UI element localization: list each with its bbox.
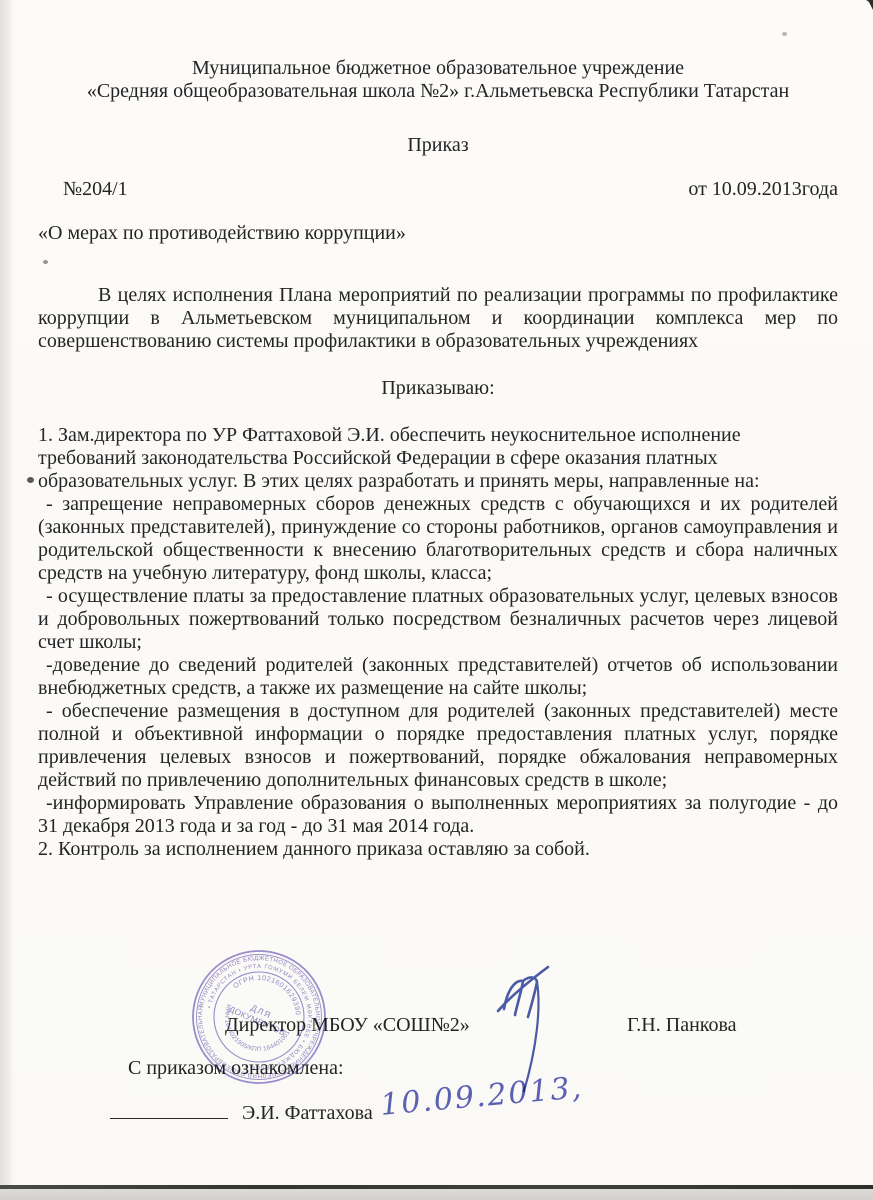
order-body: 1. Зам.директора по УР Фаттаховой Э.И. о…: [38, 424, 838, 861]
director-name: Г.Н. Панкова: [627, 1014, 737, 1037]
intro-paragraph: В целях исполнения Плана мероприятий по …: [38, 284, 838, 353]
body-paragraph: -доведение до сведений родителей (законн…: [38, 654, 838, 700]
scan-corner-mark: [864, 0, 873, 10]
body-paragraph: 1. Зам.директора по УР Фаттаховой Э.И. о…: [38, 424, 838, 493]
scan-speck: [782, 32, 787, 36]
institution-name-line1: Муниципальное бюджетное образовательное …: [38, 57, 838, 80]
acknowledged-name: Э.И. Фаттахова: [242, 1102, 373, 1124]
scanned-order-page: Муниципальное бюджетное образовательное …: [0, 0, 873, 1200]
scan-speck: [27, 477, 34, 483]
director-signature: [482, 955, 574, 1101]
order-text-content: Муниципальное бюджетное образовательное …: [38, 57, 838, 861]
body-paragraph: - обеспечение размещения в доступном для…: [38, 700, 838, 792]
body-paragraph: - осуществление платы за предоставление …: [38, 585, 838, 654]
signature-blank-line: [110, 1100, 228, 1119]
order-subject: «О мерах по противодействию коррупции»: [38, 222, 838, 245]
scan-speck: [43, 260, 48, 264]
order-number-row: №204/1 от 10.09.2013года: [38, 178, 838, 201]
institution-name-line2: «Средняя общеобразовательная школа №2» г…: [38, 80, 838, 103]
order-number: №204/1: [63, 178, 128, 201]
command-line: Приказываю:: [38, 377, 838, 400]
scanner-edge-left: [0, 0, 14, 1200]
body-paragraph: - запрещение неправомерных сборов денежн…: [38, 493, 838, 585]
order-title: Приказ: [38, 134, 838, 157]
official-stamp: МУНИЦИПАЛЬНОЕ БЮДЖЕТНОЕ ОБРАЗОВАТЕЛЬНОЕ …: [186, 944, 332, 1090]
body-paragraph: -информировать Управление образования о …: [38, 792, 838, 838]
order-date: от 10.09.2013года: [688, 178, 838, 201]
scanner-edge-bottom: [0, 1189, 873, 1200]
director-row: Директор МБОУ «СОШ№2» Г.Н. Панкова: [38, 1014, 838, 1037]
body-paragraph: 2. Контроль за исполнением данного прика…: [38, 838, 838, 861]
